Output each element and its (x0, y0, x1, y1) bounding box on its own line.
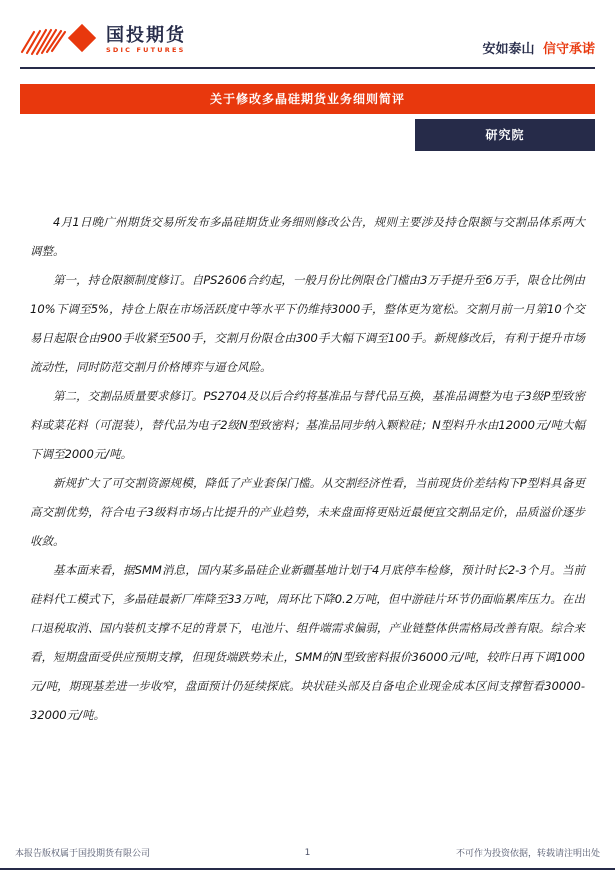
department-row: 研究院 (20, 119, 595, 151)
footer: 本报告版权属于国投期货有限公司 1 不可作为投资依据，转载请注明出处 (0, 846, 615, 859)
paragraph-second: 第二，交割品质量要求修订。PS2704及以后合约将基准品与替代品互换，基准品调整… (30, 382, 585, 469)
page-number: 1 (305, 848, 311, 858)
logo-text: 国投期货 SDIC FUTURES (106, 26, 186, 54)
department-box: 研究院 (415, 119, 595, 151)
footer-disclaimer: 不可作为投资依据，转载请注明出处 (456, 846, 600, 859)
logo-hatch-diamond-icon (20, 20, 102, 60)
paragraph-first: 第一，持仓限额制度修订。自PS2606合约起，一般月份比例限仓门槛由3万手提升至… (30, 266, 585, 382)
footer-copyright: 本报告版权属于国投期货有限公司 (15, 846, 150, 859)
header: 国投期货 SDIC FUTURES 安如泰山 信守承诺 (0, 0, 615, 67)
report-body: 4月1日晚广州期货交易所发布多晶硅期货业务细则修改公告，规则主要涉及持仓限额与交… (30, 208, 585, 730)
header-divider (20, 67, 595, 69)
header-slogan: 安如泰山 信守承诺 (482, 38, 595, 60)
slogan-part2: 信守承诺 (543, 42, 595, 57)
paragraph-analysis: 新规扩大了可交割资源规模，降低了产业套保门槛。从交割经济性看，当前现货价差结构下… (30, 469, 585, 556)
logo-name-cn: 国投期货 (106, 26, 186, 46)
paragraph-fundamental: 基本面来看，据SMM消息，国内某多晶硅企业新疆基地计划于4月底停车检修，预计时长… (30, 556, 585, 730)
report-page: 国投期货 SDIC FUTURES 安如泰山 信守承诺 关于修改多晶硅期货业务细… (0, 0, 615, 870)
logo-name-en: SDIC FUTURES (106, 46, 186, 54)
slogan-part1: 安如泰山 (482, 42, 534, 57)
report-title-banner: 关于修改多晶硅期货业务细则简评 (20, 84, 595, 114)
company-logo: 国投期货 SDIC FUTURES (20, 20, 186, 60)
paragraph-intro: 4月1日晚广州期货交易所发布多晶硅期货业务细则修改公告，规则主要涉及持仓限额与交… (30, 208, 585, 266)
